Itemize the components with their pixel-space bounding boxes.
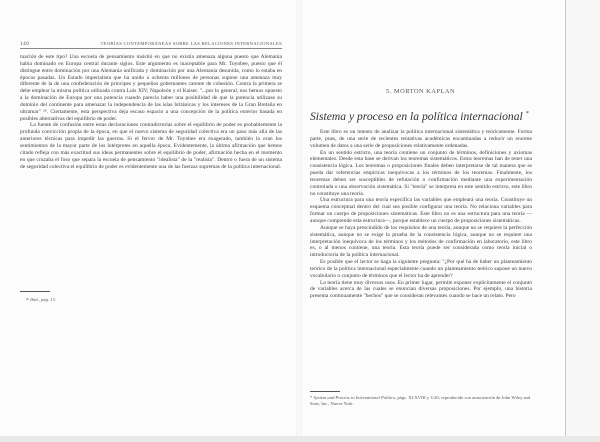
paragraph: Es posible que el lector se haga la sigu… [310,259,532,280]
paragraph: La fuente de confusión entre estas decla… [20,122,282,170]
left-footnote: ²⁶ Ibid., pág. 13. [26,297,56,303]
footnote-rule [310,391,340,392]
chapter-title-text: Sistema y proceso en la política interna… [310,110,523,123]
running-head: 140 TEORÍAS CONTEMPORÁNEAS SOBRE LAS REL… [20,41,282,49]
paragraph: La teoría tiene muy diversos usos. En pr… [310,280,532,301]
paragraph: En un sentido estricto, una teoría conti… [310,150,532,198]
page-number: 140 [20,41,29,47]
right-page-body: Este libro es un intento de analizar la … [310,129,532,300]
paragraph: Aunque se haya prescindido de los requis… [310,225,532,259]
bottom-edge [0,436,600,442]
paragraph: Una estructura para una teoría especific… [310,197,532,224]
right-footnote: * System and Process in International Po… [310,395,532,406]
footnote-book-title: System and Process in International Poli… [313,395,395,400]
left-page-body: tuación de este tipo? Una escuela de pen… [20,54,282,170]
footnote-marker: * [310,395,312,400]
paragraph: tuación de este tipo? Una escuela de pen… [20,54,282,122]
footnote-rule [20,291,50,292]
page-edge [565,0,566,436]
chapter-label: 5. MORTON KAPLAN [386,88,455,95]
chapter-title: Sistema y proceso en la política interna… [310,110,529,123]
footnote-text: Ibid., pág. 13. [30,297,56,302]
page-stack-shade [566,0,600,436]
title-footnote-marker: * [526,111,529,117]
paragraph: Este libro es un intento de analizar la … [310,129,532,150]
running-head-title: TEORÍAS CONTEMPORÁNEAS SOBRE LAS RELACIO… [101,41,282,47]
footnote-marker: ²⁶ [26,297,29,302]
book-spread: 140 TEORÍAS CONTEMPORÁNEAS SOBRE LAS REL… [0,0,600,442]
